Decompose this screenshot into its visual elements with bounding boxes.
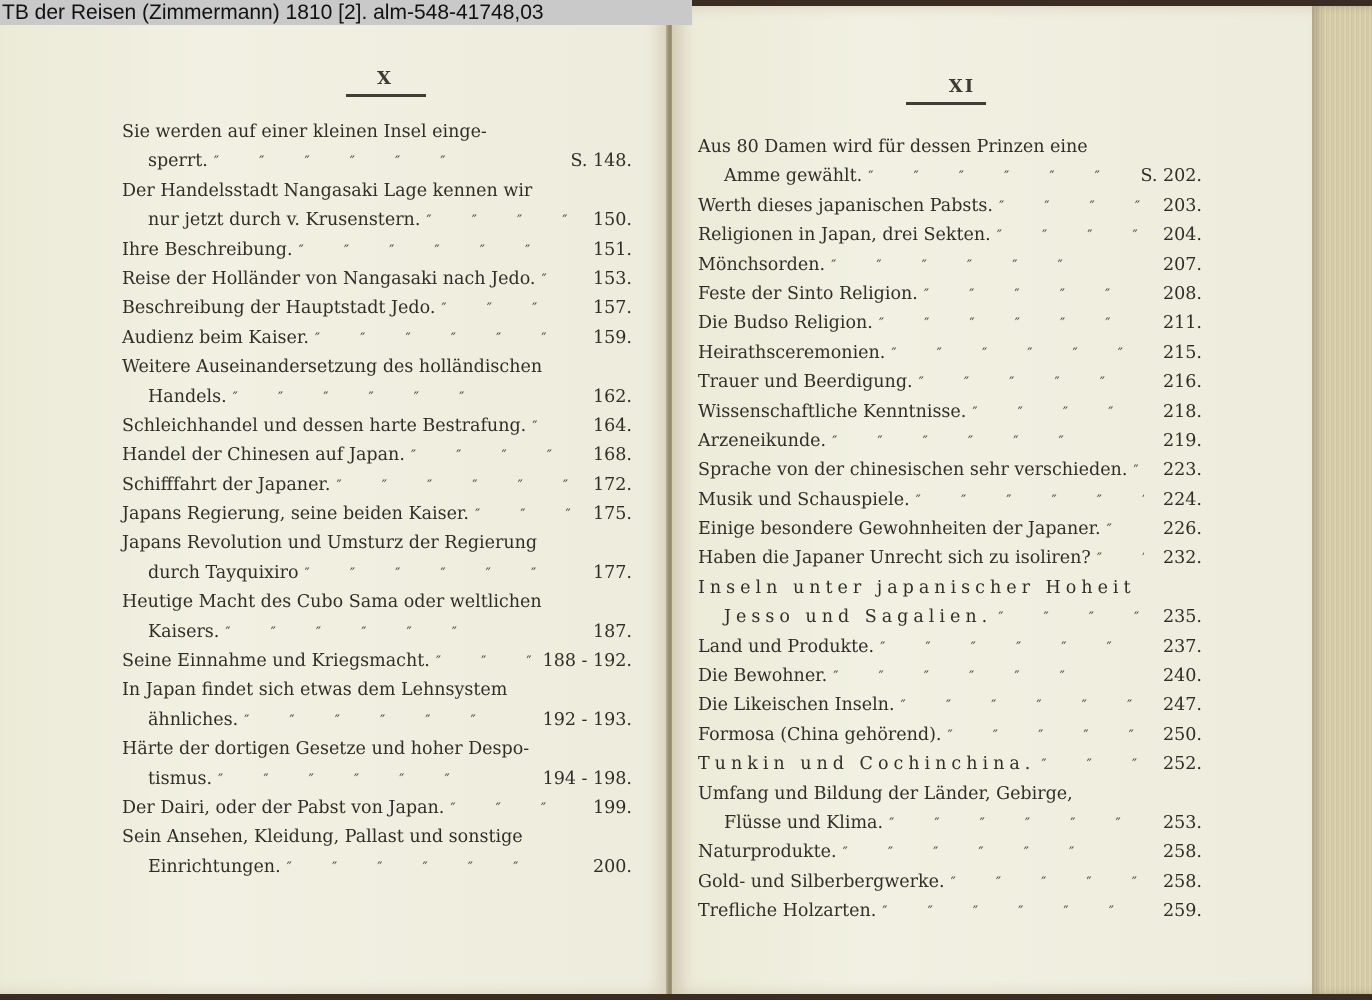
toc-entry-title: Naturprodukte. <box>698 838 837 867</box>
dot-leader <box>233 384 574 413</box>
toc-entry: Japans Regierung, seine beiden Kaiser.17… <box>122 500 632 529</box>
toc-page-number: 211. <box>1150 309 1202 338</box>
toc-page-number: 224. <box>1150 486 1202 515</box>
toc-page-number: 232. <box>1150 544 1202 573</box>
toc-entry-title: Reise der Holländer von Nangasaki nach J… <box>122 265 536 294</box>
dot-leader <box>214 148 565 177</box>
toc-entry-line: Ihre Beschreibung.151. <box>122 236 632 265</box>
toc-page-number: 203. <box>1150 192 1202 221</box>
toc-entry: Wissenschaftliche Kenntnisse.218. <box>698 398 1202 427</box>
toc-entry-title: Umfang und Bildung der Länder, Gebirge, <box>698 780 1073 809</box>
toc-entry-title: Der Handelsstadt Nangasaki Lage kennen w… <box>122 177 532 206</box>
toc-page-number: 162. <box>580 383 632 412</box>
dot-leader <box>832 428 1144 457</box>
toc-entry: Schifffahrt der Japaner.172. <box>122 471 632 500</box>
toc-page-number: 240. <box>1150 662 1202 691</box>
dot-leader <box>889 810 1144 839</box>
toc-entry-title: Handel der Chinesen auf Japan. <box>122 441 405 470</box>
left-page: X Sie werden auf einer kleinen Insel ein… <box>0 6 670 994</box>
toc-entry-title: Japans Regierung, seine beiden Kaiser. <box>122 500 469 529</box>
toc-entry-title: Tunkin und Cochinchina. <box>698 750 1035 779</box>
toc-entry-title: Mönchsorden. <box>698 251 825 280</box>
toc-entry: Arzeneikunde.219. <box>698 427 1202 456</box>
toc-page-number: 188 - 192. <box>543 647 632 676</box>
toc-entry: Weitere Auseinandersetzung des holländis… <box>122 353 632 412</box>
book-spread: X Sie werden auf einer kleinen Insel ein… <box>0 6 1372 994</box>
toc-entry-line: Japans Revolution und Umsturz der Regier… <box>122 529 632 558</box>
toc-entry-line: Handel der Chinesen auf Japan.168. <box>122 441 632 470</box>
toc-entry-line: Der Handelsstadt Nangasaki Lage kennen w… <box>122 177 632 206</box>
toc-entry-title: Sein Ansehen, Kleidung, Pallast und sons… <box>122 823 523 852</box>
toc-entry: Heirathsceremonien.215. <box>698 339 1202 368</box>
toc-page-number: 164. <box>580 412 632 441</box>
toc-entry-title: Formosa (China gehörend). <box>698 721 942 750</box>
toc-entry-continuation: durch Tayquixiro177. <box>122 559 632 588</box>
toc-entry: Handel der Chinesen auf Japan.168. <box>122 441 632 470</box>
toc-entry-line: Wissenschaftliche Kenntnisse.218. <box>698 398 1202 427</box>
toc-entry: Religionen in Japan, drei Sekten.204. <box>698 221 1202 250</box>
toc-entry-line: Härte der dortigen Gesetze und hoher Des… <box>122 735 632 764</box>
toc-page-number: 223. <box>1150 456 1202 485</box>
toc-entry-title: Land und Produkte. <box>698 633 874 662</box>
toc-page-number: 194 - 198. <box>543 765 632 794</box>
toc-entry-title: Japans Revolution und Umsturz der Regier… <box>122 529 537 558</box>
toc-entry-title: Sie werden auf einer kleinen Insel einge… <box>122 118 487 147</box>
toc-entry-title: Flüsse und Klima. <box>724 809 883 838</box>
toc-page-number: 168. <box>580 441 632 470</box>
toc-entry-line: Weitere Auseinandersetzung des holländis… <box>122 353 632 382</box>
toc-entry: Werth dieses japanischen Pabsts.203. <box>698 192 1202 221</box>
dot-leader <box>336 472 574 501</box>
toc-entry: Reise der Holländer von Nangasaki nach J… <box>122 265 632 294</box>
dot-leader <box>916 487 1144 516</box>
toc-entry: Der Handelsstadt Nangasaki Lage kennen w… <box>122 177 632 236</box>
toc-entry: Der Dairi, oder der Pabst von Japan.199. <box>122 794 632 823</box>
toc-entry-title: durch Tayquixiro <box>148 559 299 588</box>
toc-entry-line: Japans Regierung, seine beiden Kaiser.17… <box>122 500 632 529</box>
toc-entry-title: Amme gewählt. <box>724 162 862 191</box>
toc-entry-title: Feste der Sinto Religion. <box>698 280 918 309</box>
toc-page-number: 192 - 193. <box>543 706 632 735</box>
toc-entry-title: sperrt. <box>148 147 208 176</box>
toc-entry-title: Religionen in Japan, drei Sekten. <box>698 221 991 250</box>
toc-entry-line: Arzeneikunde.219. <box>698 427 1202 456</box>
toc-entry: Beschreibung der Hauptstadt Jedo.157. <box>122 294 632 323</box>
toc-entry-line: Land und Produkte.237. <box>698 633 1202 662</box>
toc-entry-line: Inseln unter japanischer Hoheit <box>698 574 1202 603</box>
toc-entry-line: Naturprodukte.258. <box>698 838 1202 867</box>
dot-leader <box>998 604 1144 633</box>
page-number: X <box>340 68 430 89</box>
toc-entry-title: Kaisers. <box>148 618 219 647</box>
toc-entry-title: Audienz beim Kaiser. <box>122 324 309 353</box>
toc-page-number: S. 202. <box>1141 162 1202 191</box>
toc-entry: Schleichhandel und dessen harte Bestrafu… <box>122 412 632 441</box>
toc-entry-continuation: Handels.162. <box>122 383 632 412</box>
dot-leader <box>997 222 1144 251</box>
dot-leader <box>882 898 1144 927</box>
toc-page-number: 237. <box>1150 633 1202 662</box>
toc-entry: Sie werden auf einer kleinen Insel einge… <box>122 118 632 177</box>
toc-entry-line: Reise der Holländer von Nangasaki nach J… <box>122 265 632 294</box>
toc-entry-continuation: Amme gewählt.S. 202. <box>698 162 1202 191</box>
toc-entry: Gold- und Silberbergwerke.258. <box>698 868 1202 897</box>
toc-entry-title: Einige besondere Gewohnheiten der Japane… <box>698 515 1101 544</box>
toc-entry-line: Formosa (China gehörend).250. <box>698 721 1202 750</box>
toc-entry-line: Schleichhandel und dessen harte Bestrafu… <box>122 412 632 441</box>
toc-entry-line: Die Likeischen Inseln.247. <box>698 691 1202 720</box>
folio-rule <box>906 102 986 105</box>
toc-entry: Die Budso Religion.211. <box>698 309 1202 338</box>
toc-entry-title: Arzeneikunde. <box>698 427 826 456</box>
toc-entry-line: Mönchsorden.207. <box>698 251 1202 280</box>
toc-page-number: 207. <box>1150 251 1202 280</box>
toc-entry-title: Schifffahrt der Japaner. <box>122 471 330 500</box>
toc-entry-title: In Japan findet sich etwas dem Lehnsyste… <box>122 676 507 705</box>
toc-entry-line: Trefliche Holzarten.259. <box>698 897 1202 926</box>
toc-page-number: 258. <box>1150 838 1202 867</box>
dot-leader <box>225 619 574 648</box>
toc-entry-title: Werth dieses japanischen Pabsts. <box>698 192 993 221</box>
toc-page-number: 252. <box>1150 750 1202 779</box>
toc-entry-line: Umfang und Bildung der Länder, Gebirge, <box>698 780 1202 809</box>
toc-list-right: Aus 80 Damen wird für dessen Prinzen ein… <box>698 133 1202 927</box>
toc-entry-title: Aus 80 Damen wird für dessen Prinzen ein… <box>698 133 1088 162</box>
toc-entry-line: Tunkin und Cochinchina.252. <box>698 750 1202 779</box>
toc-entry: In Japan findet sich etwas dem Lehnsyste… <box>122 676 632 735</box>
dot-leader <box>441 295 574 324</box>
toc-entry-continuation: Einrichtungen.200. <box>122 853 632 882</box>
toc-page-number: 150. <box>580 206 632 235</box>
toc-list-left: Sie werden auf einer kleinen Insel einge… <box>122 118 632 882</box>
toc-entry: Trauer und Beerdigung.216. <box>698 368 1202 397</box>
toc-page-number: 247. <box>1150 691 1202 720</box>
toc-entry-title: Handels. <box>148 383 227 412</box>
toc-entry-title: Wissenschaftliche Kenntnisse. <box>698 398 966 427</box>
toc-entry-title: Inseln unter japanischer Hoheit <box>698 574 1136 603</box>
toc-entry-title: Jesso und Sagalien. <box>724 603 992 632</box>
toc-entry-line: Beschreibung der Hauptstadt Jedo.157. <box>122 294 632 323</box>
toc-entry-continuation: nur jetzt durch v. Krusenstern.150. <box>122 206 632 235</box>
toc-entry-title: Härte der dortigen Gesetze und hoher Des… <box>122 735 529 764</box>
dot-leader <box>1107 516 1144 545</box>
toc-entry-continuation: Jesso und Sagalien.235. <box>698 603 1202 632</box>
toc-entry-continuation: tismus.194 - 198. <box>122 765 632 794</box>
toc-page-number: 177. <box>580 559 632 588</box>
toc-entry: Land und Produkte.237. <box>698 633 1202 662</box>
dot-leader <box>868 163 1134 192</box>
toc-entry-title: Heutige Macht des Cubo Sama oder weltlic… <box>122 588 542 617</box>
toc-page-number: 153. <box>580 265 632 294</box>
dot-leader <box>315 325 574 354</box>
toc-entry-line: Heutige Macht des Cubo Sama oder weltlic… <box>122 588 632 617</box>
toc-entry-title: Trefliche Holzarten. <box>698 897 876 926</box>
toc-page-number: 253. <box>1150 809 1202 838</box>
dot-leader <box>411 442 574 471</box>
toc-entry-line: Heirathsceremonien.215. <box>698 339 1202 368</box>
toc-entry-title: Beschreibung der Hauptstadt Jedo. <box>122 294 435 323</box>
dot-leader <box>972 399 1144 428</box>
toc-entry-continuation: sperrt.S. 148. <box>122 147 632 176</box>
toc-entry: Musik und Schauspiele.224. <box>698 486 1202 515</box>
toc-entry-title: Die Likeischen Inseln. <box>698 691 895 720</box>
toc-entry-title: Gold- und Silberbergwerke. <box>698 868 945 897</box>
toc-entry-line: Die Budso Religion.211. <box>698 309 1202 338</box>
toc-page-number: 159. <box>580 324 632 353</box>
toc-entry-title: Heirathsceremonien. <box>698 339 885 368</box>
toc-page-number: 226. <box>1150 515 1202 544</box>
toc-entry-line: Trauer und Beerdigung.216. <box>698 368 1202 397</box>
toc-entry-line: Werth dieses japanischen Pabsts.203. <box>698 192 1202 221</box>
toc-entry-line: Feste der Sinto Religion.208. <box>698 280 1202 309</box>
toc-entry: Die Bewohner.240. <box>698 662 1202 691</box>
toc-entry: Japans Revolution und Umsturz der Regier… <box>122 529 632 588</box>
toc-page-number: 215. <box>1150 339 1202 368</box>
dot-leader <box>475 501 574 530</box>
dot-leader <box>833 663 1144 692</box>
toc-entry: Formosa (China gehörend).250. <box>698 721 1202 750</box>
toc-entry-line: Seine Einnahme und Kriegsmacht.188 - 192… <box>122 647 632 676</box>
dot-leader <box>287 854 574 883</box>
toc-entry-line: Sprache von der chinesischen sehr versch… <box>698 456 1202 485</box>
dot-leader <box>450 795 574 824</box>
toc-entry: Härte der dortigen Gesetze und hoher Des… <box>122 735 632 794</box>
toc-entry-title: Weitere Auseinandersetzung des holländis… <box>122 353 542 382</box>
toc-entry-line: In Japan findet sich etwas dem Lehnsyste… <box>122 676 632 705</box>
toc-entry: Haben die Japaner Unrecht sich zu isolir… <box>698 544 1202 573</box>
toc-entry: Aus 80 Damen wird für dessen Prinzen ein… <box>698 133 1202 192</box>
toc-page-number: 200. <box>580 853 632 882</box>
dot-leader <box>901 692 1144 721</box>
toc-entry-line: Aus 80 Damen wird für dessen Prinzen ein… <box>698 133 1202 162</box>
toc-entry: Ihre Beschreibung.151. <box>122 236 632 265</box>
toc-entry: Tunkin und Cochinchina.252. <box>698 750 1202 779</box>
toc-entry-line: Haben die Japaner Unrecht sich zu isolir… <box>698 544 1202 573</box>
toc-entry: Sein Ansehen, Kleidung, Pallast und sons… <box>122 823 632 882</box>
dot-leader <box>891 340 1144 369</box>
toc-entry-title: nur jetzt durch v. Krusenstern. <box>148 206 420 235</box>
right-page: XI Aus 80 Damen wird für dessen Prinzen … <box>672 6 1312 994</box>
toc-entry: Feste der Sinto Religion.208. <box>698 280 1202 309</box>
image-caption: TB der Reisen (Zimmermann) 1810 [2]. alm… <box>0 0 692 25</box>
toc-page-number: 235. <box>1150 603 1202 632</box>
toc-entry-line: Schifffahrt der Japaner.172. <box>122 471 632 500</box>
dot-leader <box>1041 751 1144 780</box>
dot-leader <box>831 252 1144 281</box>
toc-page-number: 151. <box>580 236 632 265</box>
dot-leader <box>305 560 574 589</box>
dot-leader <box>244 707 536 736</box>
toc-entry-line: Religionen in Japan, drei Sekten.204. <box>698 221 1202 250</box>
dot-leader <box>532 413 574 442</box>
toc-entry-title: Trauer und Beerdigung. <box>698 368 913 397</box>
toc-page-number: 208. <box>1150 280 1202 309</box>
toc-entry: Die Likeischen Inseln.247. <box>698 691 1202 720</box>
toc-page-number: 175. <box>580 500 632 529</box>
toc-entry-line: Die Bewohner.240. <box>698 662 1202 691</box>
dot-leader <box>299 237 574 266</box>
toc-entry-line: Einige besondere Gewohnheiten der Japane… <box>698 515 1202 544</box>
dot-leader <box>1133 457 1144 486</box>
toc-page-number: 204. <box>1150 221 1202 250</box>
dot-leader <box>948 722 1145 751</box>
folio-rule <box>346 94 426 97</box>
dot-leader <box>843 839 1144 868</box>
toc-entry-title: Seine Einnahme und Kriegsmacht. <box>122 647 430 676</box>
toc-page-number: 250. <box>1150 721 1202 750</box>
toc-entry-title: tismus. <box>148 765 212 794</box>
toc-entry-line: Sie werden auf einer kleinen Insel einge… <box>122 118 632 147</box>
toc-entry-title: Die Budso Religion. <box>698 309 873 338</box>
toc-entry-title: Ihre Beschreibung. <box>122 236 293 265</box>
toc-entry: Audienz beim Kaiser.159. <box>122 324 632 353</box>
toc-page-number: 187. <box>580 618 632 647</box>
toc-page-number: 199. <box>580 794 632 823</box>
toc-entry: Inseln unter japanischer HoheitJesso und… <box>698 574 1202 633</box>
dot-leader <box>436 648 537 677</box>
toc-page-number: 157. <box>580 294 632 323</box>
toc-page-number: 259. <box>1150 897 1202 926</box>
toc-entry: Sprache von der chinesischen sehr versch… <box>698 456 1202 485</box>
dot-leader <box>1097 545 1144 574</box>
toc-entry-line: Gold- und Silberbergwerke.258. <box>698 868 1202 897</box>
toc-entry-line: Audienz beim Kaiser.159. <box>122 324 632 353</box>
toc-entry: Trefliche Holzarten.259. <box>698 897 1202 926</box>
dot-leader <box>924 281 1144 310</box>
dot-leader <box>542 266 575 295</box>
toc-page-number: 218. <box>1150 398 1202 427</box>
toc-entry-title: Musik und Schauspiele. <box>698 486 910 515</box>
toc-entry-line: Musik und Schauspiele.224. <box>698 486 1202 515</box>
dot-leader <box>919 369 1144 398</box>
toc-entry-title: Sprache von der chinesischen sehr versch… <box>698 456 1127 485</box>
dot-leader <box>426 207 574 236</box>
dot-leader <box>880 634 1144 663</box>
toc-entry-continuation: Kaisers.187. <box>122 618 632 647</box>
toc-entry: Heutige Macht des Cubo Sama oder weltlic… <box>122 588 632 647</box>
toc-entry: Umfang und Bildung der Länder, Gebirge,F… <box>698 780 1202 839</box>
dot-leader <box>999 193 1144 222</box>
toc-entry-title: Schleichhandel und dessen harte Bestrafu… <box>122 412 526 441</box>
toc-page-number: 172. <box>580 471 632 500</box>
page-edges <box>1312 6 1372 994</box>
toc-entry-line: Sein Ansehen, Kleidung, Pallast und sons… <box>122 823 632 852</box>
toc-entry: Einige besondere Gewohnheiten der Japane… <box>698 515 1202 544</box>
page-number: XI <box>922 76 1002 97</box>
toc-entry-continuation: Flüsse und Klima.253. <box>698 809 1202 838</box>
toc-entry-continuation: ähnliches.192 - 193. <box>122 706 632 735</box>
toc-page-number: 216. <box>1150 368 1202 397</box>
dot-leader <box>218 766 537 795</box>
toc-entry-title: Haben die Japaner Unrecht sich zu isolir… <box>698 544 1091 573</box>
toc-page-number: S. 148. <box>571 147 632 176</box>
toc-entry-line: Der Dairi, oder der Pabst von Japan.199. <box>122 794 632 823</box>
toc-entry-title: Die Bewohner. <box>698 662 827 691</box>
dot-leader <box>879 310 1144 339</box>
toc-entry-title: Einrichtungen. <box>148 853 281 882</box>
toc-entry: Seine Einnahme und Kriegsmacht.188 - 192… <box>122 647 632 676</box>
toc-page-number: 258. <box>1150 868 1202 897</box>
toc-entry: Mönchsorden.207. <box>698 251 1202 280</box>
toc-entry-title: ähnliches. <box>148 706 238 735</box>
toc-page-number: 219. <box>1150 427 1202 456</box>
toc-entry-title: Der Dairi, oder der Pabst von Japan. <box>122 794 444 823</box>
dot-leader <box>951 869 1144 898</box>
toc-entry: Naturprodukte.258. <box>698 838 1202 867</box>
